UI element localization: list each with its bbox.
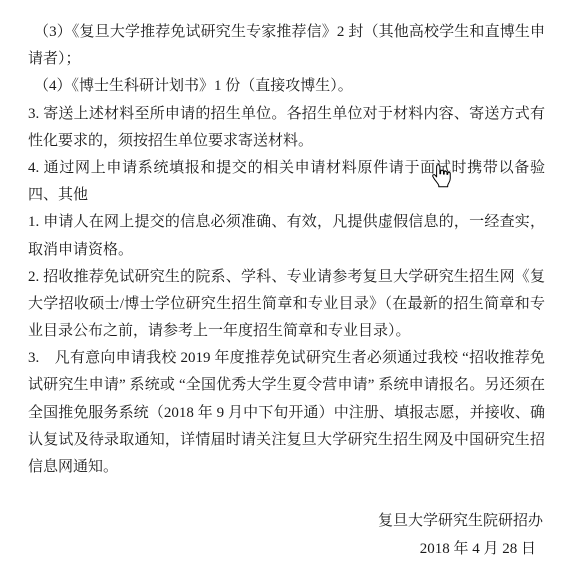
text-line: （3）《复旦大学推荐免试研究生专家推荐信》2 封（其他高校学生和直博生申 [28,19,545,46]
text-line: 1. 申请人在网上提交的信息必须准确、有效，凡提供虚假信息的，一经查实，将 [28,209,545,236]
document-lines: （3）《复旦大学推荐免试研究生专家推荐信》2 封（其他高校学生和直博生申请者）；… [28,19,545,481]
text-line: 3. 寄送上述材料至所申请的招生单位。各招生单位对于材料内容、寄送方式有个 [28,101,545,128]
text-line: 取消申请资格。 [28,237,545,264]
text-line: 全国推免服务系统（2018 年 9 月中下旬开通）中注册、填报志愿，并接收、确 [28,400,545,427]
text-line: 四、其他 [28,182,545,209]
text-line: 性化要求的，须按招生单位要求寄送材料。 [28,128,545,155]
text-line: 业目录公布之前，请参考上一年度招生简章和专业目录）。 [28,318,545,345]
text-line: 4. 通过网上申请系统填报和提交的相关申请材料原件请于面试时携带以备验证。 [28,155,545,182]
document-body: （3）《复旦大学推荐免试研究生专家推荐信》2 封（其他高校学生和直博生申请者）；… [28,19,545,563]
text-line: 试研究生申请” 系统或 “全国优秀大学生夏令营申请” 系统申请报名。另还须在 [28,372,545,399]
text-line: 请者）； [28,46,545,73]
text-line: 2. 招收推荐免试研究生的院系、学科、专业请参考复旦大学研究生招生网《复旦 [28,264,545,291]
signature-block: 复旦大学研究生院研招办 2018 年 4 月 28 日 [28,508,545,562]
text-line: 大学招收硕士/博士学位研究生招生简章和专业目录》（在最新的招生简章和专 [28,291,545,318]
text-line: 3. 凡有意向申请我校 2019 年度推荐免试研究生者必须通过我校 “招收推荐免 [28,345,545,372]
signature-date: 2018 年 4 月 28 日 [28,536,545,563]
text-line: 认复试及待录取通知，详情届时请关注复旦大学研究生招生网及中国研究生招生 [28,427,545,454]
text-line: （4）《博士生科研计划书》1 份（直接攻博生）。 [28,73,545,100]
text-line: 信息网通知。 [28,454,545,481]
signature-organization: 复旦大学研究生院研招办 [28,508,545,535]
document-page: { "page": { "background_color": "#ffffff… [0,0,577,567]
